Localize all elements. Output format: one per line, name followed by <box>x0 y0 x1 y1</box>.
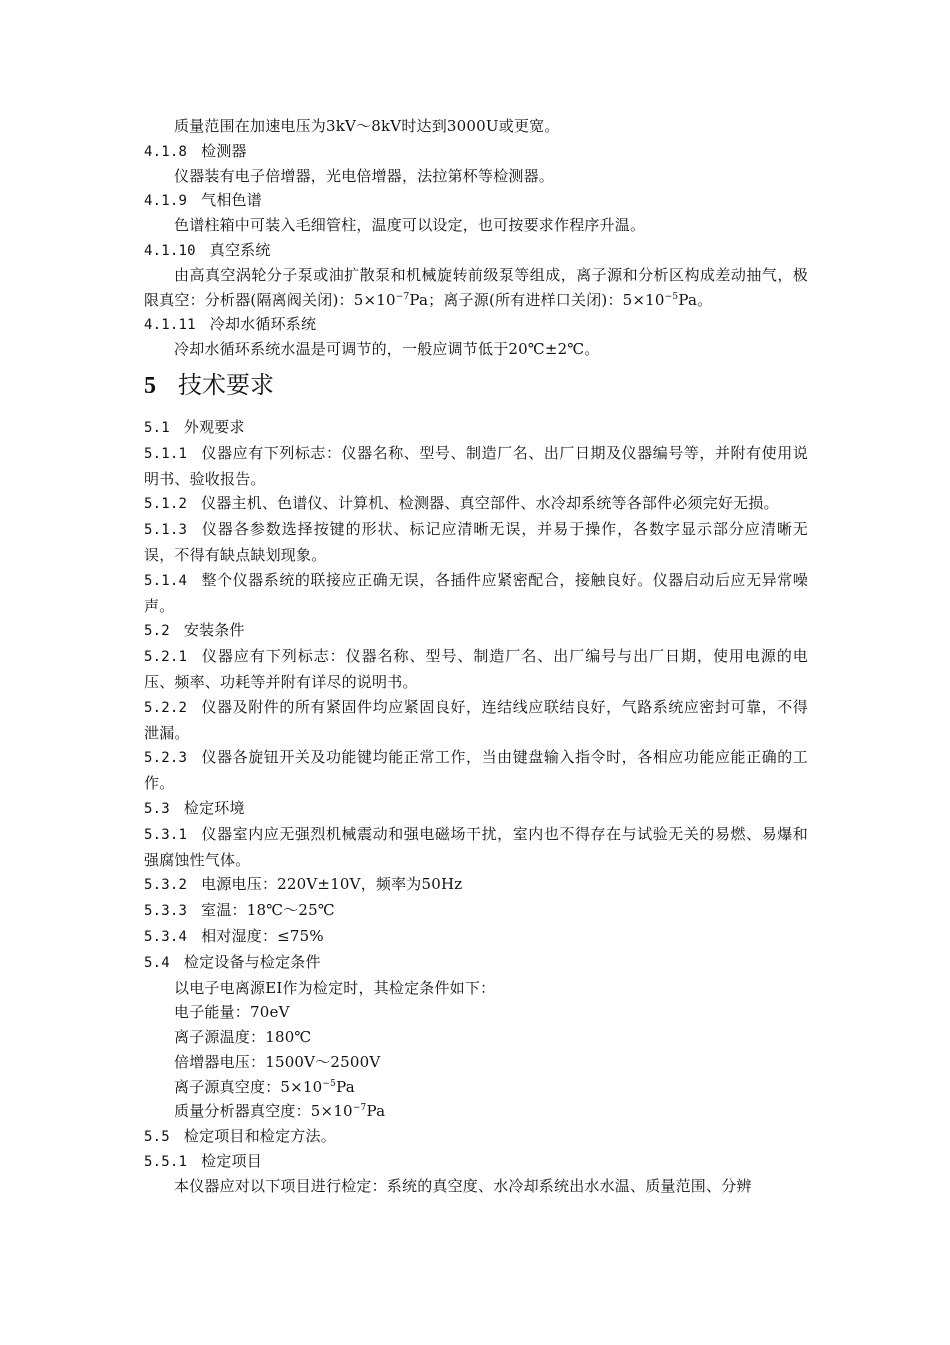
clause-5-3-4: 5.3.4相对湿度：≤75% <box>144 924 808 950</box>
condition-electron-energy: 电子能量：70eV <box>144 1000 808 1025</box>
condition-analyzer-vacuum: 质量分析器真空度：5×10−7Pa <box>144 1099 808 1124</box>
text-line: 本仪器应对以下项目进行检定：系统的真空度、水冷却系统出水水温、质量范围、分辨 <box>144 1174 808 1199</box>
clause-5-4: 5.4检定设备与检定条件 <box>144 950 808 976</box>
requirement-list: 5.1外观要求5.1.1仪器应有下列标志：仪器名称、型号、制造厂名、出厂日期及仪… <box>144 415 808 976</box>
condition-source-vacuum: 离子源真空度：5×10−5Pa <box>144 1075 808 1100</box>
clause-5-1-2: 5.1.2仪器主机、色谱仪、计算机、检测器、真空部件、水冷却系统等各部件必须完好… <box>144 491 808 517</box>
text-line: 仪器装有电子倍增器，光电倍增器，法拉第杯等检测器。 <box>144 164 808 189</box>
clause-5-1-3: 5.1.3仪器各参数选择按键的形状、标记应清晰无误，并易于操作，各数字显示部分应… <box>144 517 808 568</box>
condition-source-temp: 离子源温度：180℃ <box>144 1025 808 1050</box>
clause-5-1-4: 5.1.4整个仪器系统的联接应正确无误，各插件应紧密配合，接触良好。仪器启动后应… <box>144 568 808 619</box>
text-line: 色谱柱箱中可装入毛细管柱，温度可以设定，也可按要求作程序升温。 <box>144 213 808 238</box>
text-line: 质量范围在加速电压为3kV～8kV时达到3000U或更宽。 <box>144 114 808 139</box>
clause-5-3-3: 5.3.3室温：18℃～25℃ <box>144 898 808 924</box>
clause-5-1: 5.1外观要求 <box>144 415 808 441</box>
clause-5-3: 5.3检定环境 <box>144 796 808 822</box>
heading-4-1-10: 4.1.10真空系统 <box>144 238 808 263</box>
clause-5-3-2: 5.3.2电源电压：220V±10V，频率为50Hz <box>144 872 808 898</box>
heading-5-5: 5.5检定项目和检定方法。 <box>144 1124 808 1149</box>
clause-5-2-3: 5.2.3仪器各旋钮开关及功能键均能正常工作，当由键盘输入指令时，各相应功能应能… <box>144 745 808 796</box>
heading-4-1-8: 4.1.8检测器 <box>144 139 808 164</box>
clause-5-2-2: 5.2.2仪器及附件的所有紧固件均应紧固良好，连结线应联结良好，气路系统应密封可… <box>144 695 808 746</box>
clause-5-1-1: 5.1.1仪器应有下列标志：仪器名称、型号、制造厂名、出厂日期及仪器编号等，并附… <box>144 441 808 492</box>
section-heading-5: 5技术要求 <box>144 370 808 401</box>
heading-5-5-1: 5.5.1检定项目 <box>144 1149 808 1174</box>
clause-5-2: 5.2安装条件 <box>144 618 808 644</box>
conditions-intro: 以电子电离源EI作为检定时，其检定条件如下： <box>144 976 808 1001</box>
clause-5-3-1: 5.3.1仪器室内应无强烈机械震动和强电磁场干扰，室内也不得存在与试验无关的易燃… <box>144 822 808 873</box>
heading-4-1-9: 4.1.9气相色谱 <box>144 188 808 213</box>
document-page: 质量范围在加速电压为3kV～8kV时达到3000U或更宽。 4.1.8检测器 仪… <box>144 114 808 1199</box>
clause-5-2-1: 5.2.1仪器应有下列标志：仪器名称、型号、制造厂名、出厂编号与出厂日期，使用电… <box>144 644 808 695</box>
vacuum-paragraph: 由高真空涡轮分子泵或油扩散泵和机械旋转前级泵等组成，离子源和分析区构成差动抽气，… <box>144 263 808 313</box>
heading-4-1-11: 4.1.11冷却水循环系统 <box>144 312 808 337</box>
text-line: 冷却水循环系统水温是可调节的，一般应调节低于20℃±2℃。 <box>144 337 808 362</box>
condition-multiplier-voltage: 倍增器电压：1500V～2500V <box>144 1050 808 1075</box>
